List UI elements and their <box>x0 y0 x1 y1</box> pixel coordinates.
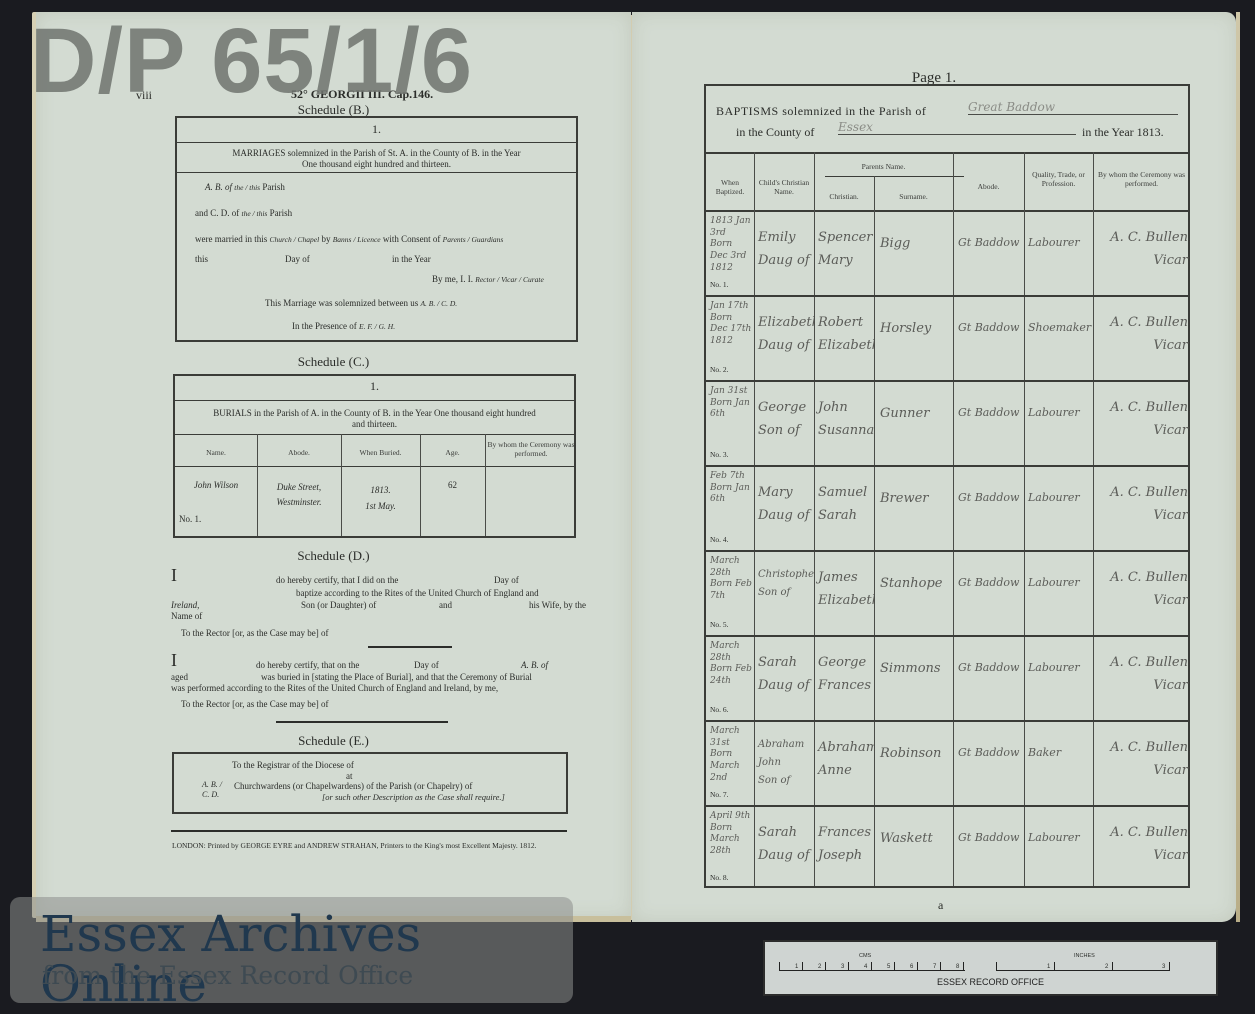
child-name: SarahDaug of <box>756 649 814 700</box>
abode: Gt Baddow <box>956 404 1024 421</box>
burial-col-name: Name. <box>175 448 257 457</box>
brand-subtitle: from the Essex Record Office <box>42 961 413 990</box>
col-parents-name: Parents Name. <box>814 162 953 171</box>
abode: Gt Baddow <box>956 659 1024 676</box>
table-row: 1813 Jan 3rdBorn Dec 3rd 1812 No. 1. Emi… <box>706 210 1188 295</box>
col-quality: Quality, Trade, or Profession. <box>1024 170 1093 189</box>
parents-christian: JamesElizabeth <box>816 564 874 615</box>
marriage-line-day: Day of <box>285 254 310 264</box>
when-baptized: April 9thBorn March 28th <box>708 809 754 860</box>
when-baptized: Jan 31stBorn Jan 6th <box>708 384 754 423</box>
quality: Labourer <box>1026 234 1093 251</box>
quality: Labourer <box>1026 404 1093 421</box>
entry-no: No. 3. <box>708 448 731 461</box>
register-heading: BAPTISMS solemnized in the Parish of <box>716 104 926 119</box>
table-row: April 9thBorn March 28th No. 8. SarahDau… <box>706 805 1188 890</box>
when-baptized: March 28thBorn Feb 7th <box>708 554 754 605</box>
col-parents-christian: Christian. <box>814 192 874 201</box>
parents-christian: AbrahamAnne <box>816 734 874 785</box>
divider <box>171 830 567 832</box>
quality: Labourer <box>1026 574 1093 591</box>
burial-name: John Wilson <box>175 480 257 490</box>
child-name: GeorgeSon of <box>756 394 814 445</box>
parents-surname: Bigg <box>878 234 952 253</box>
when-baptized: March 31stBorn March 2nd <box>708 724 754 786</box>
col-when-baptized: When Baptized. <box>706 178 754 197</box>
county-label: in the County of <box>736 125 814 140</box>
parents-christian: SpencerMary <box>816 224 874 275</box>
parents-christian: RobertElizabeth <box>816 309 874 360</box>
schedule-c-heading: BURIALS in the Parish of A. in the Count… <box>175 408 574 430</box>
schedule-b-number: 1. <box>177 122 576 137</box>
table-row: Jan 17thBorn Dec 17th 1812 No. 2. Elizab… <box>706 295 1188 380</box>
marriage-line-year: in the Year <box>392 254 431 264</box>
baptism-cert-initial: I <box>171 565 177 586</box>
marriage-line-married: were married in this Church / Chapel by … <box>195 234 565 244</box>
when-baptized: Jan 17thBorn Dec 17th 1812 <box>708 299 754 350</box>
entry-no: No. 7. <box>708 788 731 801</box>
burial-col-when: When Buried. <box>341 448 420 457</box>
abode: Gt Baddow <box>956 489 1024 506</box>
burial-col-bywhom: By whom the Ceremony was performed. <box>487 440 575 459</box>
county-name: Essex <box>838 120 1076 135</box>
schedule-e-box: To the Registrar of the Diocese of at A.… <box>172 752 568 814</box>
measurement-ruler: CMS 1 2 3 4 5 6 7 8 INCHES 1 2 3 ESSEX R… <box>763 940 1218 996</box>
burial-age: 62 <box>420 480 485 490</box>
burial-cert-to: To the Rector [or, as the Case may be] o… <box>181 699 328 709</box>
officiant: A. C. BullenVicar <box>1098 564 1190 615</box>
register-year: in the Year 1813. <box>1082 125 1164 140</box>
table-row: Feb 7thBorn Jan 6th No. 4. MaryDaug of S… <box>706 465 1188 550</box>
child-name: Abraham JohnSon of <box>756 734 814 792</box>
col-by-whom: By whom the Ceremony was performed. <box>1093 170 1190 189</box>
burial-col-age: Age. <box>420 448 485 457</box>
parish-name: Great Baddow <box>968 100 1178 115</box>
abode: Gt Baddow <box>956 234 1024 251</box>
schedule-e-title: Schedule (E.) <box>36 733 631 749</box>
officiant: A. C. BullenVicar <box>1098 819 1190 870</box>
col-parents-surname: Surname. <box>874 192 953 201</box>
parents-surname: Simmons <box>878 659 952 678</box>
schedule-c-number: 1. <box>175 379 574 394</box>
col-child-name: Child's Christian Name. <box>754 178 814 197</box>
marriage-line-this: this <box>195 254 208 264</box>
parents-christian: SamuelSarah <box>816 479 874 530</box>
parents-surname: Waskett <box>878 829 952 848</box>
ruler-label: ESSEX RECORD OFFICE <box>765 977 1216 987</box>
entry-no: No. 5. <box>708 618 731 631</box>
child-name: EmilyDaug of <box>756 224 814 275</box>
officiant: A. C. BullenVicar <box>1098 734 1190 785</box>
officiant: A. C. BullenVicar <box>1098 649 1190 700</box>
entry-no: No. 1. <box>708 278 731 291</box>
baptism-cert-to: To the Rector [or, as the Case may be] o… <box>181 628 328 638</box>
quality: Baker <box>1026 744 1093 761</box>
when-baptized: March 28thBorn Feb 24th <box>708 639 754 690</box>
abode: Gt Baddow <box>956 574 1024 591</box>
entry-no: No. 2. <box>708 363 731 376</box>
burial-cert-initial: I <box>171 650 177 671</box>
child-name: ChristopherSon of <box>756 564 814 604</box>
parents-christian: JohnSusannah <box>816 394 874 445</box>
entry-no: No. 6. <box>708 703 731 716</box>
quality: Shoemaker <box>1026 319 1093 336</box>
burial-entry-no: No. 1. <box>179 514 201 524</box>
col-abode: Abode. <box>953 182 1024 191</box>
when-baptized: Feb 7thBorn Jan 6th <box>708 469 754 508</box>
baptism-register-table: BAPTISMS solemnized in the Parish of Gre… <box>704 84 1190 888</box>
table-row: March 31stBorn March 2nd No. 7. Abraham … <box>706 720 1188 805</box>
child-name: SarahDaug of <box>756 819 814 870</box>
marriage-line-solemnized: This Marriage was solemnized between us … <box>265 298 457 308</box>
officiant: A. C. BullenVicar <box>1098 394 1190 445</box>
left-page: viii 52° GEORGII III. Cap.146. Schedule … <box>32 12 631 918</box>
parents-surname: Horsley <box>878 319 952 338</box>
right-page: Page 1. BAPTISMS solemnized in the Paris… <box>632 12 1236 922</box>
marriage-line-presence: In the Presence of E. F. / G. H. <box>292 321 395 331</box>
schedule-d-title: Schedule (D.) <box>36 548 631 564</box>
officiant: A. C. BullenVicar <box>1098 479 1190 530</box>
signature-mark: a <box>938 898 943 913</box>
schedule-c-box: 1. BURIALS in the Parish of A. in the Co… <box>173 374 576 538</box>
brand-title: Essex Archives Online <box>40 909 573 1009</box>
parents-christian: GeorgeFrances <box>816 649 874 700</box>
burial-col-abode: Abode. <box>257 448 341 457</box>
quality: Labourer <box>1026 489 1093 506</box>
schedule-c-title: Schedule (C.) <box>36 354 631 370</box>
marriage-line-cd: and C. D. of the / this Parish <box>195 208 292 218</box>
officiant: A. C. BullenVicar <box>1098 224 1190 275</box>
table-row: March 28thBorn Feb 24th No. 6. SarahDaug… <box>706 635 1188 720</box>
quality: Labourer <box>1026 659 1093 676</box>
burial-cert-line1: do hereby certify, that on the <box>256 660 359 670</box>
catalog-reference: D/P 65/1/6 <box>30 15 473 107</box>
schedule-b-heading: MARRIAGES solemnized in the Parish of St… <box>177 148 576 170</box>
table-row: March 28thBorn Feb 7th No. 5. Christophe… <box>706 550 1188 635</box>
printer-imprint: LONDON: Printed by GEORGE EYRE and ANDRE… <box>172 841 536 850</box>
abode: Gt Baddow <box>956 319 1024 336</box>
divider <box>368 646 452 648</box>
baptism-cert-line1: do hereby certify, that I did on the <box>276 575 398 585</box>
quality: Labourer <box>1026 829 1093 846</box>
when-baptized: 1813 Jan 3rdBorn Dec 3rd 1812 <box>708 214 754 276</box>
entry-no: No. 8. <box>708 871 731 884</box>
cm-scale: CMS 1 2 3 4 5 6 7 8 <box>779 960 965 971</box>
parents-surname: Brewer <box>878 489 952 508</box>
marriage-line-ab: A. B. of the / this Parish <box>205 182 285 192</box>
parents-surname: Gunner <box>878 404 952 423</box>
parents-surname: Robinson <box>878 744 952 763</box>
burial-abode: Duke Street, Westminster. <box>257 480 341 511</box>
divider <box>276 721 448 723</box>
essex-archives-branding: Essex Archives Online from the Essex Rec… <box>10 897 573 1003</box>
schedule-b-box: 1. MARRIAGES solemnized in the Parish of… <box>175 116 578 342</box>
inch-scale: INCHES 1 2 3 <box>996 960 1170 971</box>
parents-surname: Stanhope <box>878 574 952 593</box>
table-row: Jan 31stBorn Jan 6th No. 3. GeorgeSon of… <box>706 380 1188 465</box>
baptism-cert-line2: baptize according to the Rites of the Un… <box>296 588 539 598</box>
officiant: A. C. BullenVicar <box>1098 309 1190 360</box>
entry-no: No. 4. <box>708 533 731 546</box>
abode: Gt Baddow <box>956 829 1024 846</box>
abode: Gt Baddow <box>956 744 1024 761</box>
burial-when: 1813. 1st May. <box>341 482 420 514</box>
child-name: ElizabethDaug of <box>756 309 814 360</box>
parents-christian: FrancesJoseph <box>816 819 874 870</box>
marriage-line-byme: By me, I. I. Rector / Vicar / Curate <box>432 274 544 284</box>
child-name: MaryDaug of <box>756 479 814 530</box>
